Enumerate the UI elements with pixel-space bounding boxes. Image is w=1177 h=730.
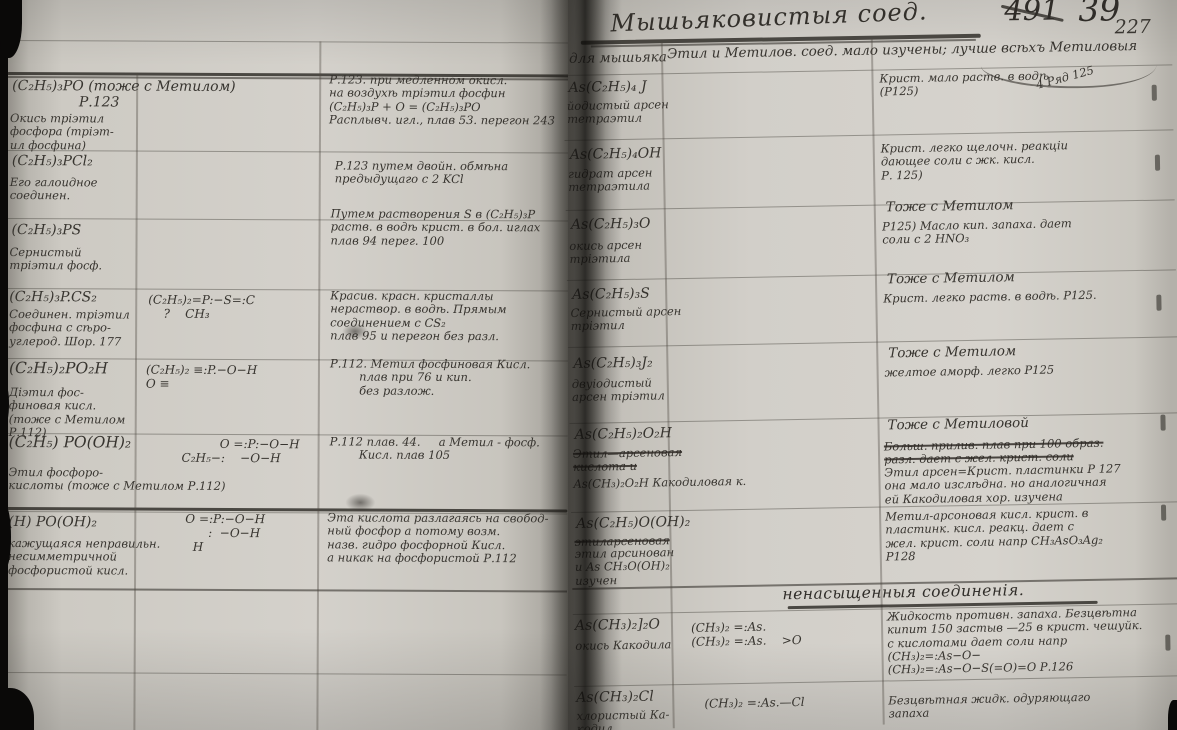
structure-formula: (CH₃)₂ =:As.—Cl (704, 696, 804, 712)
notes: Р.123 путем двойн. обмѣна предыдущаго с … (335, 159, 570, 187)
notes: Р.112. Метил фосфиновая Кисл. плав при 7… (330, 357, 531, 398)
page-edge-mark (1161, 505, 1166, 521)
formula: (C₂H₅)₂PO₂H (9, 360, 108, 378)
left-page-content: (C₂H₅)₃PO (тоже с Метилом) Р.123 Окись т… (4, 0, 569, 730)
structure-formula: O =:P:−O−H : −O−H H (185, 513, 265, 555)
structure-formula: (CH₃)₂ =:As. (CH₃)₂ =:As. >O (691, 620, 802, 650)
compound-name: Окись тріэтил фосфора (тріэт- ил фосфина… (10, 112, 135, 153)
ink-smudge (345, 493, 375, 511)
notes: Крист. мало раств. в водѣ (Р125) (879, 68, 1159, 100)
page-edge-mark (1160, 415, 1165, 431)
formula: (C₂H₅)₃PS (12, 222, 82, 239)
column-line (316, 41, 321, 730)
compound-name: Этил фосфоро- кислоты (тоже с Метилом Р.… (8, 466, 308, 494)
rule-line (5, 588, 567, 592)
notes: Р125) Масло кип. запаха. дает соли с 2 H… (882, 216, 1162, 248)
notes-head: Тоже с Метилом (886, 198, 1014, 216)
compound-name: Соединен. тріэтил фосфина с сѣро- углеро… (9, 308, 144, 349)
rule-line (5, 672, 567, 675)
compound-name: Діэтил фос- финовая кисл. (тоже с Метило… (9, 386, 154, 440)
notes: Р.123. при медленном окисл. на воздухѣ т… (329, 73, 569, 127)
structure-formula: O =:P:−O−H C₂H₅−: −O−H (182, 438, 300, 466)
ink-smudge (342, 323, 368, 339)
notes-head: Тоже с Метиловой (887, 416, 1029, 434)
rule-line (567, 269, 1176, 281)
formula: (C₂H₅)₃PCl₂ (12, 153, 93, 170)
book-gutter-shadow (540, 0, 622, 730)
rule-line (566, 199, 1175, 211)
rule-line (568, 336, 1177, 348)
notes: Эта кислота разлагаясь на свобод- ный фо… (327, 511, 569, 565)
rule-line (574, 675, 1177, 687)
page-number-alt: 227 (1114, 16, 1151, 39)
page-edge-mark (1152, 85, 1157, 101)
notes: Крист. легко раств. в водѣ. Р125. (883, 288, 1163, 306)
notes: Р.112 плав. 44. а Метил - фосф. Кисл. пл… (330, 435, 540, 463)
scan-edge-mark (0, 506, 11, 568)
rule-line (7, 40, 569, 43)
section-header: ненасыщенныя соединенія. (782, 582, 1024, 604)
notes: Безцвѣтная жидк. одуряющаго запаха (888, 689, 1177, 721)
notes-head: Тоже с Метилом (888, 344, 1016, 362)
notes: Крист. легко щелочн. реакціи дающее соли… (881, 138, 1162, 183)
structure-formula: (C₂H₅)₂=P:−S=:C ? CH₃ (148, 294, 255, 322)
scan-edge-mark (0, 382, 9, 426)
page-edge-mark (1156, 295, 1161, 311)
compound-name: кажущаяся неправильн. несимметричной фос… (8, 537, 168, 578)
notes-head: Тоже с Метилом (887, 270, 1015, 288)
formula: (C₂H₅) PO(OH)₂ (9, 434, 132, 453)
formula: (H) PO(OH)₂ (8, 514, 97, 531)
right-page: Мышьяковистыя соед. 491 39 227 для мышья… (568, 0, 1177, 730)
compound-name: Его галоидное соединен. (10, 176, 135, 203)
notes: Метил-арсоновая кисл. крист. в пластинк.… (885, 506, 1171, 564)
notebook-scan: (C₂H₅)₃PO (тоже с Метилом) Р.123 Окись т… (0, 0, 1177, 730)
page-title: Мышьяковистыя соед. (610, 0, 928, 38)
formula: (C₂H₅)₃P.CS₂ (9, 289, 97, 306)
notes: Этил арсен=Крист. пластинки Р 127 она ма… (884, 462, 1170, 507)
compound-name: Сернистый тріэтил фосф. (9, 246, 134, 273)
left-page: (C₂H₅)₃PO (тоже с Метилом) Р.123 Окись т… (6, 0, 568, 730)
notes: Путем растворения S в (C₂H₅)₃P раств. в … (330, 207, 570, 248)
page-edge-mark (1155, 155, 1160, 171)
notes: Жидкость противн. запаха. Безцвѣтна кипи… (887, 605, 1177, 677)
rule-line (569, 412, 1177, 424)
notes: желтое аморф. легко Р125 (885, 362, 1165, 380)
scan-edge-left (0, 0, 8, 730)
structure-formula: (C₂H₅)₂ ≡:P.−O−H O ≡ (146, 364, 257, 392)
scan-corner-mark (1168, 700, 1177, 730)
formula: (C₂H₅)₃PO (тоже с Метилом) Р.123 (12, 78, 236, 111)
right-page-content: Мышьяковистыя соед. 491 39 227 для мышья… (562, 0, 1177, 730)
page-edge-mark (1165, 635, 1170, 651)
